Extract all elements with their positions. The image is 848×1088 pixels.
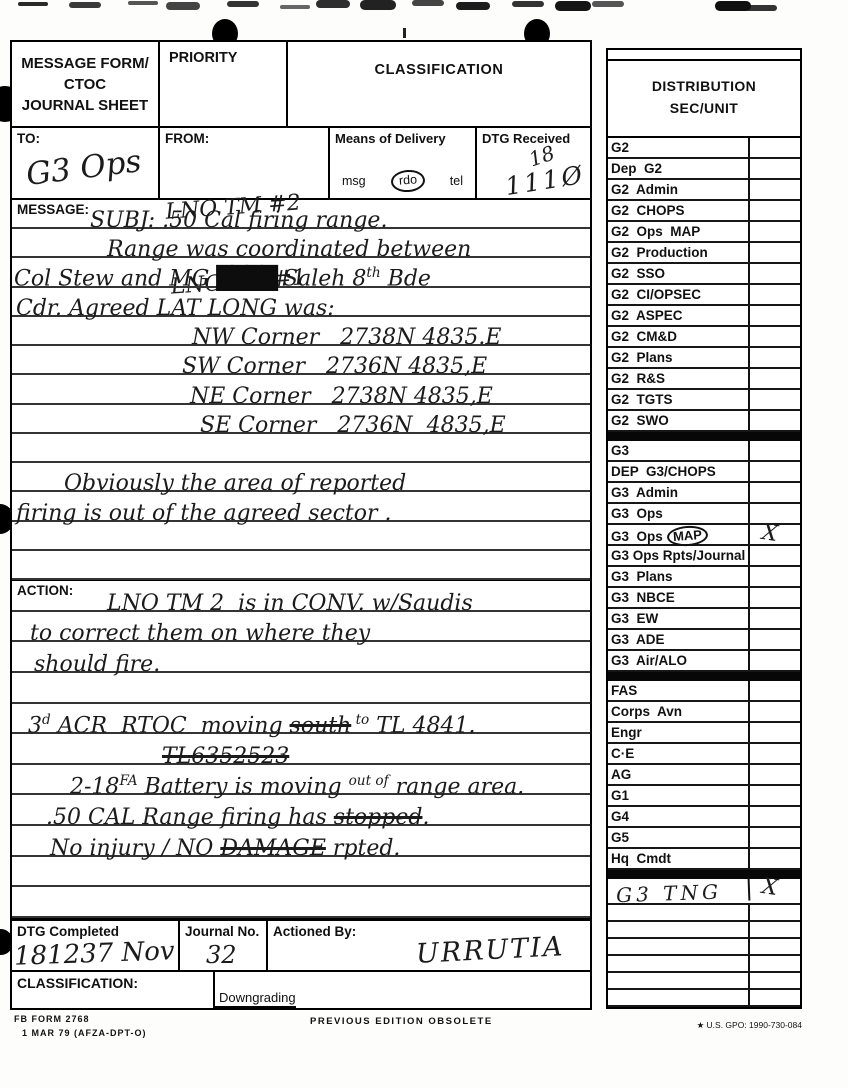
handwriting-segment: NE Corner 2738N 4835,E [190, 384, 493, 409]
message-line: firing is out of the agreed sector . [12, 492, 590, 521]
distribution-unit-label: G5 [608, 828, 750, 847]
distribution-row: G2 Plans [608, 348, 800, 369]
handwriting-segment: Range was coordinated between [107, 237, 471, 262]
distribution-unit-label: Corps Avn [608, 702, 750, 721]
distribution-unit-label: Hq Cmdt [608, 849, 750, 868]
message-section: MESSAGE:SUBJ: .50 Cal firing range.Range… [12, 200, 590, 580]
handwritten-text: SW Corner 2736N 4835,E [182, 354, 487, 379]
distribution-check-cell [750, 744, 800, 763]
handwritten-text: should fire. [34, 652, 160, 677]
distribution-row: G2 CHOPS [608, 201, 800, 222]
handwritten-text: LNO TM 2 is in CONV. w/Saudis [107, 591, 473, 616]
distribution-check-cell [750, 159, 800, 178]
distribution-row: G3 Plans [608, 567, 800, 588]
distribution-unit-label: G3 Ops MAP [608, 525, 750, 544]
handwriting-segment: TL 4841. [369, 713, 475, 738]
distribution-check-cell [750, 990, 800, 1005]
distribution-unit-label: Engr [608, 723, 750, 742]
handwriting-segment: No injury / NO [50, 836, 220, 861]
handwriting-segment: Obviously the area of reported [64, 471, 406, 496]
distribution-check-cell [750, 630, 800, 649]
distribution-unit-label: G1 [608, 786, 750, 805]
distribution-check-cell [750, 546, 800, 565]
handwriting-segment: range area. [389, 774, 525, 799]
distribution-row: G2 Ops MAP [608, 222, 800, 243]
distribution-unit-label: G3 TNG [608, 877, 751, 906]
handwriting-segment-scribble: ████ [216, 267, 276, 292]
journal-no-label: Journal No. [180, 921, 266, 939]
distribution-row [608, 922, 800, 939]
message-line [12, 522, 590, 551]
distribution-check-cell [750, 922, 800, 937]
distribution-unit-label: G2 CM&D [608, 327, 750, 346]
section-label: MESSAGE: [12, 200, 89, 217]
handwriting-segment-strike: south [290, 713, 352, 738]
distribution-unit-label [608, 922, 750, 937]
distribution-row: G2 R&S [608, 369, 800, 390]
completion-row: DTG Completed 181237 Nov Journal No. 32 … [12, 918, 590, 972]
dtg-received-box: DTG Received 18 111Ø [477, 128, 590, 198]
form-number: FB FORM 2768 1 MAR 79 (AFZA-DPT-O) [14, 1013, 147, 1040]
distribution-check-cell [750, 504, 800, 523]
distribution-check-cell [750, 939, 800, 954]
distribution-unit-label: DEP G3/CHOPS [608, 462, 750, 481]
message-line: Range was coordinated between [12, 229, 590, 258]
handwritten-text: to correct them on where they [30, 621, 370, 646]
handwriting-segment: rpted. [326, 836, 401, 861]
distribution-row: G2 SWO [608, 411, 800, 432]
message-line: SE Corner 2736N 4835,E [12, 405, 590, 434]
distribution-unit-label: G2 Production [608, 243, 750, 262]
means-option-rdo-circled: rdo [390, 169, 426, 193]
distribution-unit-label: G2 TGTS [608, 390, 750, 409]
distribution-unit-label: G3 Ops Rpts/Journal [608, 546, 750, 565]
circled-annotation: MAP [666, 525, 708, 548]
distribution-check-cell [750, 264, 800, 283]
distribution-unit-label: AG [608, 765, 750, 784]
distribution-unit-label: G3 NBCE [608, 588, 750, 607]
distribution-unit-label [608, 905, 750, 920]
handwriting-segment: should fire. [34, 652, 160, 677]
distribution-divider [608, 432, 800, 441]
handwriting-segment: Saleh 8 [276, 267, 366, 292]
action-section: ACTION:LNO TM 2 is in CONV. w/Saudisto c… [12, 580, 590, 918]
handwritten-text: 2-18FA Battery is moving out of range ar… [70, 773, 524, 799]
means-of-delivery-box: Means of Delivery msg rdo tel [330, 128, 477, 198]
distribution-unit-label: G3 [608, 441, 750, 460]
distribution-top-strip [608, 50, 800, 61]
action-line: TL6352523 [12, 734, 590, 765]
handwriting-segment-strike: stopped [334, 805, 423, 830]
distribution-unit-label [608, 939, 750, 954]
distribution-row: G1 [608, 786, 800, 807]
action-line [12, 673, 590, 704]
distribution-check-cell [750, 348, 800, 367]
handwriting-segment-sup: th [366, 265, 380, 281]
distribution-unit-label: C·E [608, 744, 750, 763]
distribution-check-cell [750, 609, 800, 628]
form-title: MESSAGE FORM/ CTOC JOURNAL SHEET [12, 42, 160, 126]
distribution-row: G3 NBCE [608, 588, 800, 609]
handwritten-text: TL6352523 [162, 744, 289, 769]
to-handwritten-value: G3 Ops [24, 143, 143, 193]
distribution-row [608, 939, 800, 956]
previous-edition-note: PREVIOUS EDITION OBSOLETE [310, 1016, 493, 1027]
to-box: TO: G3 Ops [12, 128, 160, 198]
distribution-check-cell [750, 369, 800, 388]
distribution-check-cell [750, 327, 800, 346]
distribution-check-cell [750, 828, 800, 847]
distribution-row [608, 905, 800, 922]
handwriting-segment: Cdr. Agreed LAT LONG was: [16, 296, 335, 321]
distribution-row: G2 SSO [608, 264, 800, 285]
handwriting-segment: ACR RTOC moving [51, 713, 290, 738]
distribution-row: Hq Cmdt [608, 849, 800, 870]
distribution-check-cell [750, 786, 800, 805]
distribution-row: G3 EW [608, 609, 800, 630]
message-line: Col Stew and MG ████ Saleh 8th Bde [12, 258, 590, 287]
distribution-unit-label: G2 Plans [608, 348, 750, 367]
distribution-row: G3 Ops Rpts/Journal [608, 546, 800, 567]
distribution-unit-label: G3 Admin [608, 483, 750, 502]
distribution-row: G3 TNGX [608, 879, 800, 905]
downgrading-box: Downgrading [215, 972, 590, 1008]
handwritten-text: Col Stew and MG ████ Saleh 8th Bde [14, 265, 431, 291]
from-box: FROM: LNO TM #2 LNO TM #1 [160, 128, 330, 198]
classification-bottom-row: CLASSIFICATION: Downgrading [12, 972, 590, 1008]
distribution-row [608, 973, 800, 990]
distribution-row: Dep G2 [608, 159, 800, 180]
distribution-row [608, 956, 800, 973]
action-line [12, 857, 590, 888]
distribution-check-cell [750, 807, 800, 826]
distribution-row: G4 [608, 807, 800, 828]
action-line: ACTION:LNO TM 2 is in CONV. w/Saudis [12, 581, 590, 612]
distribution-unit-label: G3 Ops [608, 504, 750, 523]
distribution-row: Engr [608, 723, 800, 744]
handwriting-segment: .50 CAL Range firing has [46, 805, 334, 830]
distribution-unit-label [608, 990, 750, 1005]
distribution-row: G2 CM&D [608, 327, 800, 348]
action-line: 3d ACR RTOC moving south to TL 4841. [12, 704, 590, 735]
distribution-row: G3 Admin [608, 483, 800, 504]
distribution-row: G2 TGTS [608, 390, 800, 411]
distribution-check-cell [750, 702, 800, 721]
distribution-check-cell [750, 567, 800, 586]
message-line: Cdr. Agreed LAT LONG was: [12, 288, 590, 317]
distribution-header: DISTRIBUTION SEC/UNIT [608, 61, 800, 138]
message-line: NW Corner 2738N 4835.E [12, 317, 590, 346]
form-number-line2: 1 MAR 79 (AFZA-DPT-O) [14, 1027, 147, 1041]
distribution-check-cell [750, 765, 800, 784]
handwritten-text: SE Corner 2736N 4835,E [200, 413, 506, 438]
means-of-delivery-label: Means of Delivery [330, 128, 475, 146]
distribution-check-cell [750, 138, 800, 157]
handwriting-segment: SW Corner 2736N 4835,E [182, 354, 487, 379]
priority-label: PRIORITY [169, 50, 237, 66]
distribution-check-cell: X [750, 525, 800, 544]
distribution-row: Corps Avn [608, 702, 800, 723]
section-label: ACTION: [12, 581, 73, 598]
distribution-unit-label [608, 973, 750, 988]
distribution-check-cell [750, 483, 800, 502]
check-mark: X [760, 874, 779, 901]
message-line: Obviously the area of reported [12, 463, 590, 492]
handwritten-text: SUBJ: .50 Cal firing range. [90, 208, 387, 233]
handwriting-segment-sup: to [351, 712, 369, 728]
distribution-check-cell [750, 849, 800, 868]
distribution-check-cell [750, 390, 800, 409]
handwriting-segment: to correct them on where they [30, 621, 370, 646]
check-mark: X [760, 520, 779, 547]
distribution-table: DISTRIBUTION SEC/UNIT G2Dep G2G2 AdminG2… [606, 48, 802, 1009]
distribution-row: G2 Admin [608, 180, 800, 201]
scanned-journal-sheet: MESSAGE FORM/ CTOC JOURNAL SHEET PRIORIT… [0, 0, 848, 1088]
action-line: No injury / NO DAMAGE rpted. [12, 826, 590, 857]
distribution-unit-label: G2 Ops MAP [608, 222, 750, 241]
handwritten-text: Cdr. Agreed LAT LONG was: [16, 296, 335, 321]
action-line: 2-18FA Battery is moving out of range ar… [12, 765, 590, 796]
distribution-unit-label: G2 R&S [608, 369, 750, 388]
distribution-check-cell [750, 651, 800, 670]
handwriting-segment-strike: TL6352523 [162, 744, 289, 769]
dtg-received-time-handwritten: 111Ø [503, 160, 587, 201]
distribution-check-cell [750, 588, 800, 607]
handwritten-text: .50 CAL Range firing has stopped. [46, 805, 429, 830]
distribution-check-cell [750, 441, 800, 460]
distribution-row [608, 990, 800, 1007]
distribution-header-line2: SEC/UNIT [608, 97, 800, 119]
distribution-row: G3 Air/ALO [608, 651, 800, 672]
handwriting-segment: 3 [28, 713, 42, 738]
handwritten-text: Range was coordinated between [107, 237, 471, 262]
distribution-row: G3 ADE [608, 630, 800, 651]
distribution-unit-label: G2 SWO [608, 411, 750, 430]
distribution-divider [608, 672, 800, 681]
handwriting-segment: 2-18 [70, 774, 119, 799]
distribution-check-cell [750, 243, 800, 262]
distribution-unit-label: G2 CI/OPSEC [608, 285, 750, 304]
dtg-completed-handwritten-value: 181237 Nov [14, 936, 176, 972]
distribution-check-cell [750, 973, 800, 988]
distribution-check-cell: X [750, 879, 800, 903]
message-line [12, 434, 590, 463]
action-line: .50 CAL Range firing has stopped. [12, 795, 590, 826]
gpo-print-note: ★ U.S. GPO: 1990-730-084 [640, 1020, 802, 1031]
distribution-unit-label: G3 Plans [608, 567, 750, 586]
handwritten-text: No injury / NO DAMAGE rpted. [50, 836, 400, 861]
form-number-line1: FB FORM 2768 [14, 1013, 147, 1027]
downgrading-label: Downgrading [215, 990, 296, 1008]
form-title-line3: JOURNAL SHEET [12, 95, 158, 116]
actioned-by-signature: URRUTIA [415, 931, 565, 970]
scan-noise-specks [18, 2, 48, 6]
scan-stray-mark [403, 28, 406, 38]
distribution-check-cell [750, 306, 800, 325]
distribution-check-cell [750, 222, 800, 241]
handwriting-segment-sup: FA [119, 773, 137, 789]
handwriting-segment: . [422, 805, 429, 830]
distribution-unit-label: G3 ADE [608, 630, 750, 649]
distribution-unit-label: G2 Admin [608, 180, 750, 199]
handwriting-segment: Battery is moving [138, 774, 349, 799]
classification-bottom-box: CLASSIFICATION: [12, 972, 215, 1008]
distribution-row: AG [608, 765, 800, 786]
message-line: NE Corner 2738N 4835,E [12, 375, 590, 404]
handwriting-segment: SUBJ: .50 Cal firing range. [90, 208, 387, 233]
priority-box: PRIORITY [160, 42, 288, 126]
distribution-unit-label: G4 [608, 807, 750, 826]
handwriting-segment: LNO TM 2 is in CONV. w/Saudis [107, 591, 473, 616]
distribution-unit-label [608, 956, 750, 971]
distribution-unit-label: G2 [608, 138, 750, 157]
handwritten-text: 3d ACR RTOC moving south to TL 4841. [28, 712, 476, 738]
distribution-row: G3 [608, 441, 800, 462]
means-option-msg: msg [342, 174, 366, 188]
distribution-check-cell [750, 201, 800, 220]
dtg-completed-box: DTG Completed 181237 Nov [12, 921, 180, 970]
handwriting-segment: SE Corner 2736N 4835,E [200, 413, 506, 438]
distribution-check-cell [750, 285, 800, 304]
handwriting-segment: firing is out of the agreed sector . [16, 501, 392, 526]
classification-bottom-label: CLASSIFICATION: [12, 972, 213, 991]
action-line: should fire. [12, 642, 590, 673]
distribution-row: G3 Ops MAPX [608, 525, 800, 546]
journal-no-box: Journal No. 32 [180, 921, 268, 970]
form-title-line2: CTOC [12, 74, 158, 95]
message-line: MESSAGE:SUBJ: .50 Cal firing range. [12, 200, 590, 229]
means-option-tel: tel [450, 174, 463, 188]
action-line: to correct them on where they [12, 612, 590, 643]
message-line [12, 551, 590, 580]
distribution-check-cell [750, 723, 800, 742]
handwriting-segment-sup: out of [349, 773, 389, 789]
distribution-unit-label: G3 EW [608, 609, 750, 628]
message-form: MESSAGE FORM/ CTOC JOURNAL SHEET PRIORIT… [10, 40, 592, 1010]
distribution-unit-label: G3 Air/ALO [608, 651, 750, 670]
classification-label: CLASSIFICATION [375, 62, 504, 78]
distribution-row: FAS [608, 681, 800, 702]
classification-box: CLASSIFICATION [288, 42, 590, 126]
distribution-header-line1: DISTRIBUTION [608, 75, 800, 97]
journal-no-handwritten-value: 32 [206, 941, 237, 969]
handwriting-segment: Col Stew and MG [14, 267, 216, 292]
distribution-row: G5 [608, 828, 800, 849]
distribution-row: G2 CI/OPSEC [608, 285, 800, 306]
distribution-check-cell [750, 411, 800, 430]
distribution-unit-label: Dep G2 [608, 159, 750, 178]
distribution-check-cell [750, 905, 800, 920]
message-line: SW Corner 2736N 4835,E [12, 346, 590, 375]
distribution-check-cell [750, 462, 800, 481]
distribution-row: G2 ASPEC [608, 306, 800, 327]
actioned-by-box: Actioned By: URRUTIA [268, 921, 590, 970]
handwriting-segment-sup: d [42, 712, 51, 728]
handwritten-text: NW Corner 2738N 4835.E [192, 325, 501, 350]
distribution-unit-label: FAS [608, 681, 750, 700]
form-header-row: MESSAGE FORM/ CTOC JOURNAL SHEET PRIORIT… [12, 42, 590, 128]
distribution-unit-label: G2 SSO [608, 264, 750, 283]
dtg-received-label: DTG Received [477, 128, 590, 146]
distribution-unit-label: G2 CHOPS [608, 201, 750, 220]
addressing-row: TO: G3 Ops FROM: LNO TM #2 LNO TM #1 Mea… [12, 128, 590, 200]
handwritten-text: NE Corner 2738N 4835,E [190, 384, 493, 409]
handwritten-text: firing is out of the agreed sector . [16, 501, 392, 526]
handwriting-segment: NW Corner 2738N 4835.E [192, 325, 501, 350]
distribution-check-cell [750, 681, 800, 700]
distribution-row: G2 Production [608, 243, 800, 264]
distribution-check-cell [750, 956, 800, 971]
distribution-row: C·E [608, 744, 800, 765]
means-options: msg rdo tel [330, 170, 475, 192]
action-line [12, 887, 590, 918]
handwriting-segment-strike: DAMAGE [220, 836, 326, 861]
form-title-line1: MESSAGE FORM/ [12, 53, 158, 74]
handwriting-segment: Bde [381, 267, 431, 292]
handwritten-text: Obviously the area of reported [64, 471, 406, 496]
distribution-rows: G2Dep G2G2 AdminG2 CHOPSG2 Ops MAPG2 Pro… [608, 138, 800, 1007]
distribution-row: G2 [608, 138, 800, 159]
distribution-unit-label: G2 ASPEC [608, 306, 750, 325]
distribution-check-cell [750, 180, 800, 199]
distribution-row: DEP G3/CHOPS [608, 462, 800, 483]
